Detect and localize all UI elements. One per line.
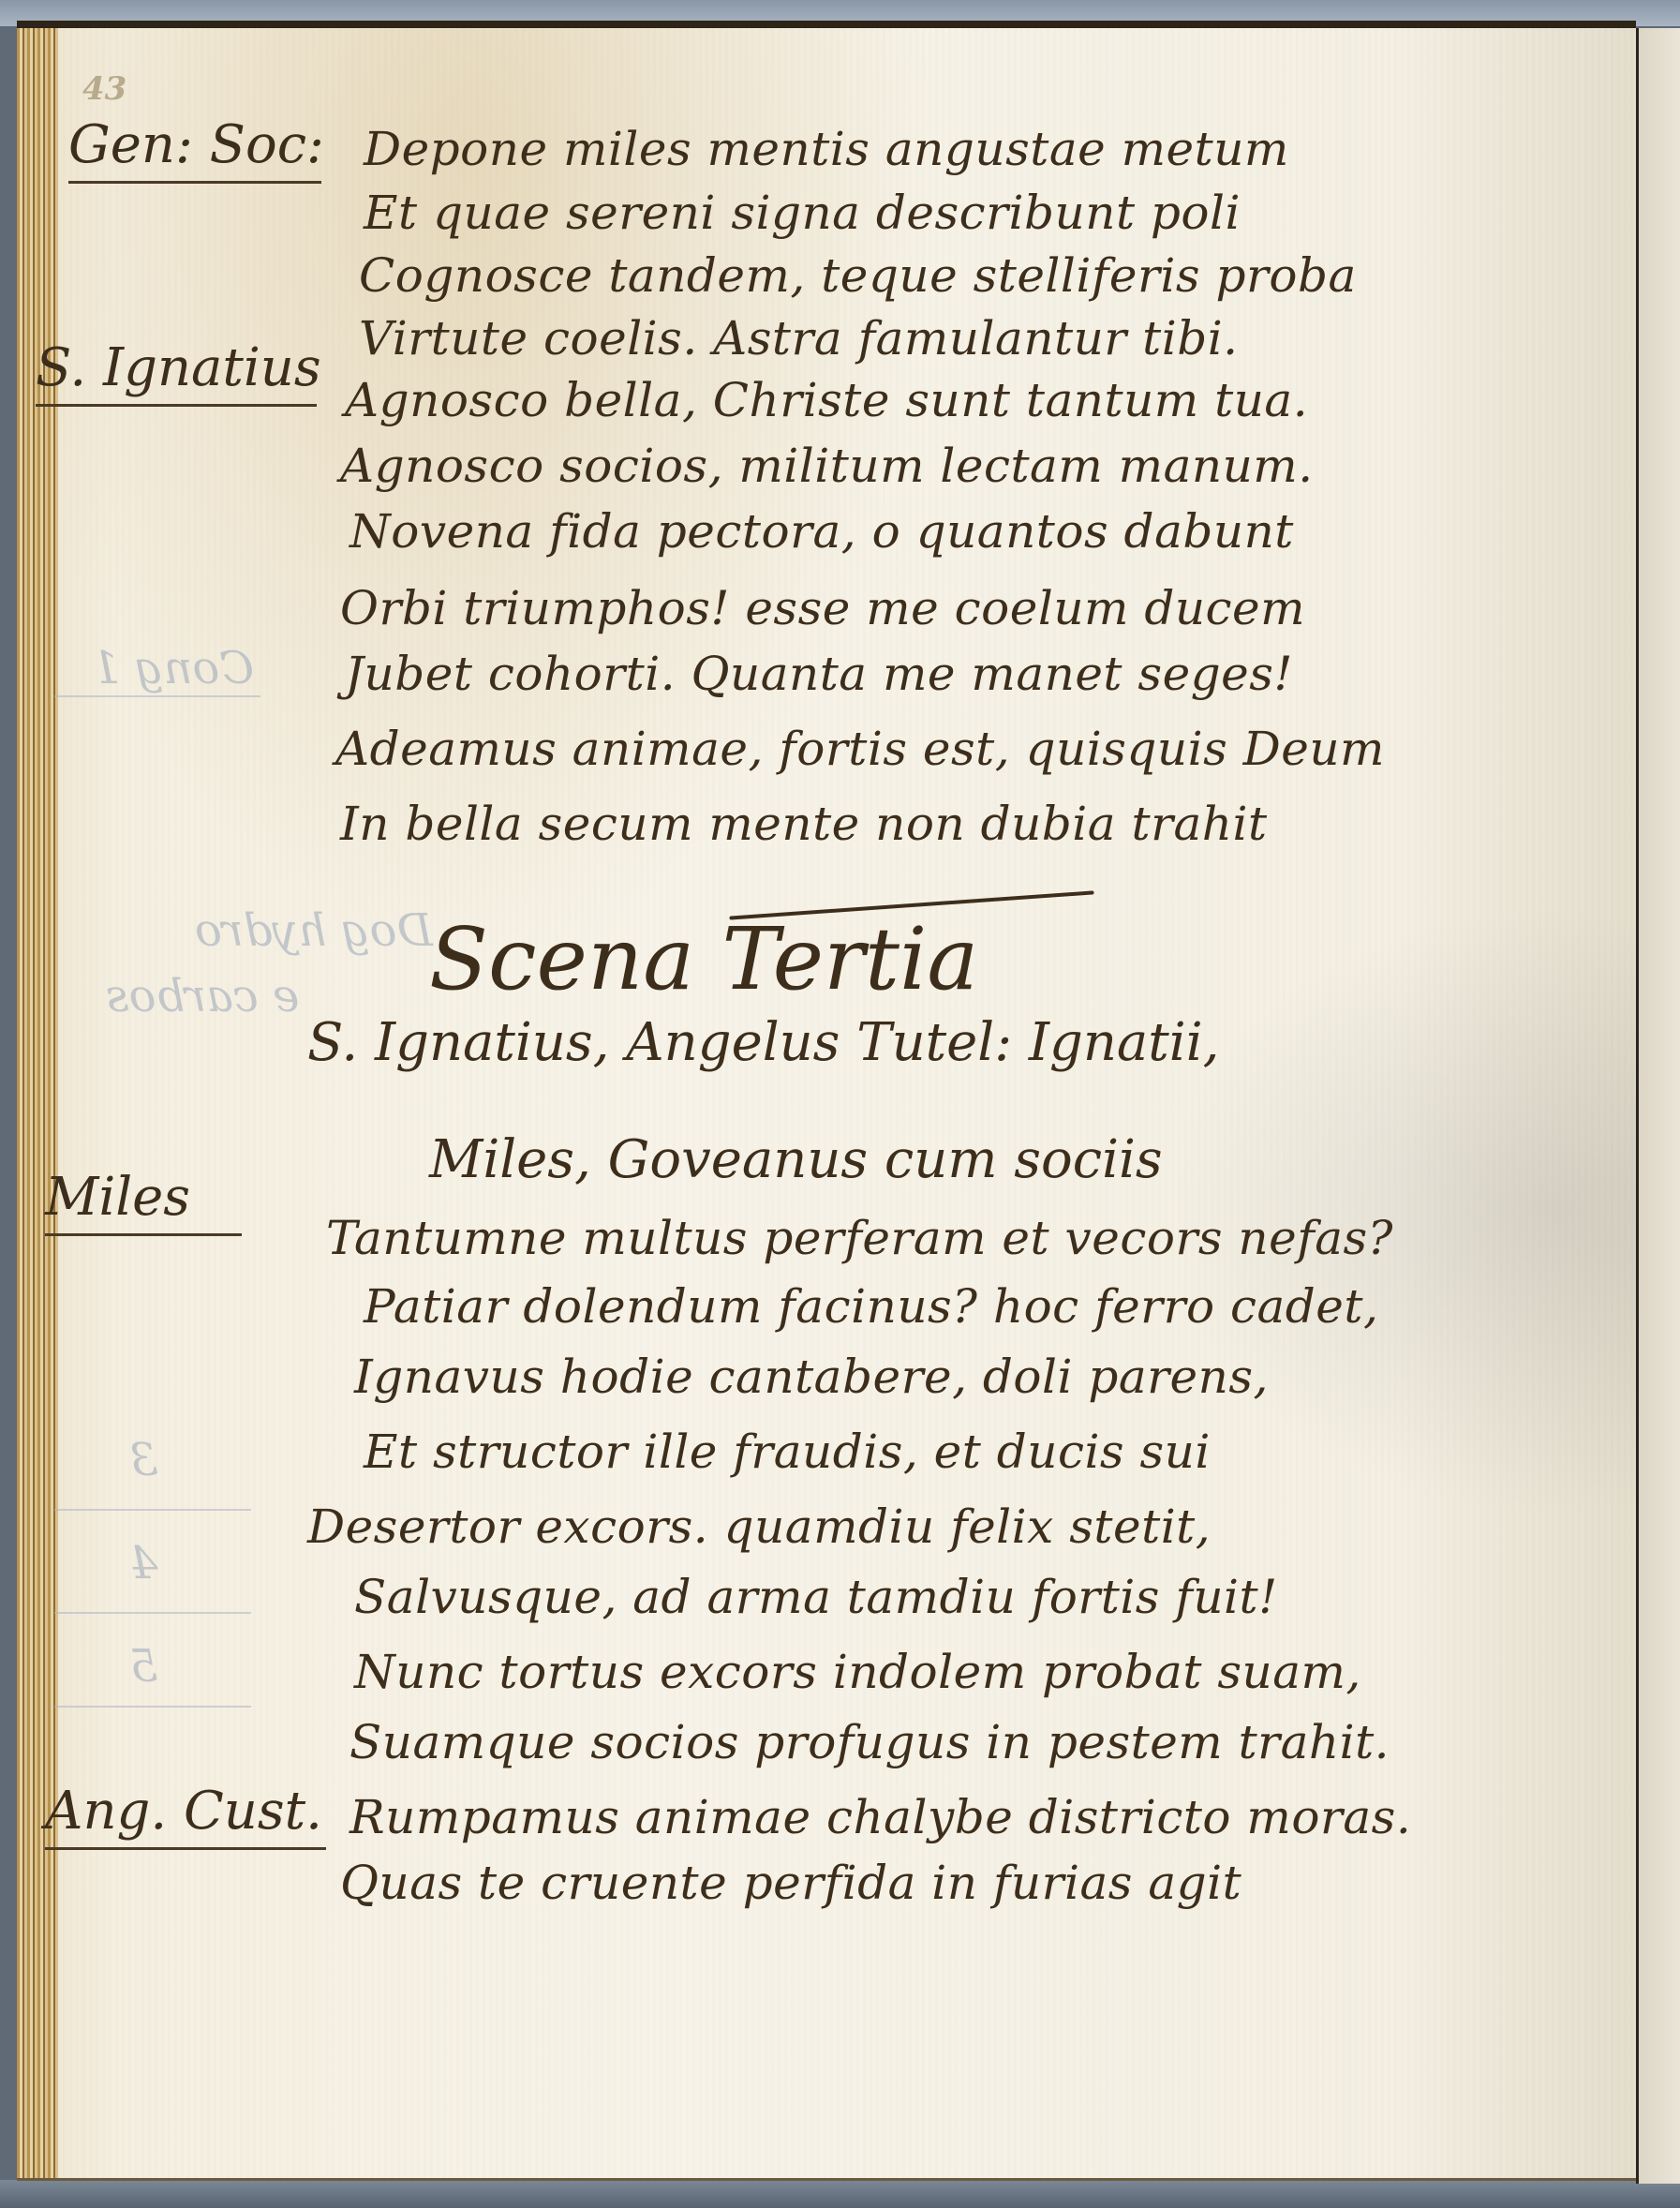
verse-line: In bella secum mente non dubia trahit bbox=[340, 797, 1268, 851]
dramatis-personae-line: S. Ignatius, Angelus Tutel: Ignatii, bbox=[307, 1012, 1219, 1073]
speaker-label-angelus-custos: Ang. Cust. bbox=[45, 1781, 326, 1850]
verse-line: Agnosco bella, Christe sunt tantum tua. bbox=[345, 373, 1308, 427]
bleed-through-number: 5 bbox=[129, 1640, 158, 1693]
bleed-through-number: 4 bbox=[129, 1537, 158, 1589]
verse-line: Orbi triumphos! esse me coelum ducem bbox=[340, 581, 1305, 635]
bleed-through-rule bbox=[54, 1612, 251, 1614]
verse-line: Et structor ille fraudis, et ducis sui bbox=[364, 1425, 1211, 1479]
verse-line: Depone miles mentis angustae metum bbox=[364, 122, 1289, 176]
bleed-through-text: Dog hydro bbox=[195, 904, 433, 957]
verse-line: Adeamus animae, fortis est, quisquis Deu… bbox=[335, 722, 1385, 776]
scan-bottom-background bbox=[0, 2180, 1680, 2208]
verse-line: Tantumne multus perferam et vecors nefas… bbox=[326, 1211, 1393, 1265]
verse-line: Cognosce tandem, teque stelliferis proba bbox=[359, 248, 1357, 303]
bleed-through-rule bbox=[54, 1509, 251, 1511]
verse-line: Jubet cohorti. Quanta me manet seges! bbox=[345, 647, 1293, 701]
scene-heading-text: Scena Tertia bbox=[429, 909, 978, 1009]
verse-line: Nunc tortus excors indolem probat suam, bbox=[354, 1645, 1361, 1699]
verse-line: Salvusque, ad arma tamdiu fortis fuit! bbox=[354, 1570, 1278, 1624]
page-number: 43 bbox=[82, 70, 126, 108]
adjacent-page-edge bbox=[1636, 28, 1680, 2184]
verse-line: Patiar dolendum facinus? hoc ferro cadet… bbox=[364, 1279, 1378, 1334]
bleed-through-text: e carbos bbox=[106, 970, 299, 1022]
verse-line: Agnosco socios, militum lectam manum. bbox=[340, 439, 1314, 493]
dramatis-personae-line: Miles, Goveanus cum sociis bbox=[429, 1129, 1163, 1190]
speaker-label-miles: Miles bbox=[45, 1167, 242, 1236]
verse-line: Quas te cruente perfida in furias agit bbox=[340, 1856, 1241, 1910]
verse-line: Ignavus hodie cantabere, doli parens, bbox=[354, 1350, 1269, 1404]
speaker-label-s-ignatius: S. Ignatius bbox=[36, 337, 317, 407]
verse-line: Rumpamus animae chalybe districto moras. bbox=[349, 1790, 1411, 1844]
bleed-through-rule bbox=[54, 695, 260, 697]
verse-line: Novena fida pectora, o quantos dabunt bbox=[349, 504, 1294, 559]
verse-line: Virtute coelis. Astra famulantur tibi. bbox=[359, 311, 1239, 366]
bleed-through-rule bbox=[54, 1706, 251, 1708]
bleed-through-number: 3 bbox=[129, 1434, 158, 1486]
verse-line: Suamque socios profugus in pestem trahit… bbox=[349, 1715, 1390, 1769]
scene-heading: Scena Tertia bbox=[429, 909, 978, 1009]
bleed-through-text: Cong 1 bbox=[92, 642, 254, 694]
verse-line: Desertor excors. quamdiu felix stetit, bbox=[307, 1499, 1211, 1554]
manuscript-page: Cong 1 3 4 5 Dog hydro e carbos 43 Gen: … bbox=[17, 21, 1636, 2181]
verse-line: Et quae sereni signa describunt poli bbox=[364, 186, 1241, 240]
speaker-label-genius-societatis: Gen: Soc: bbox=[68, 114, 321, 184]
